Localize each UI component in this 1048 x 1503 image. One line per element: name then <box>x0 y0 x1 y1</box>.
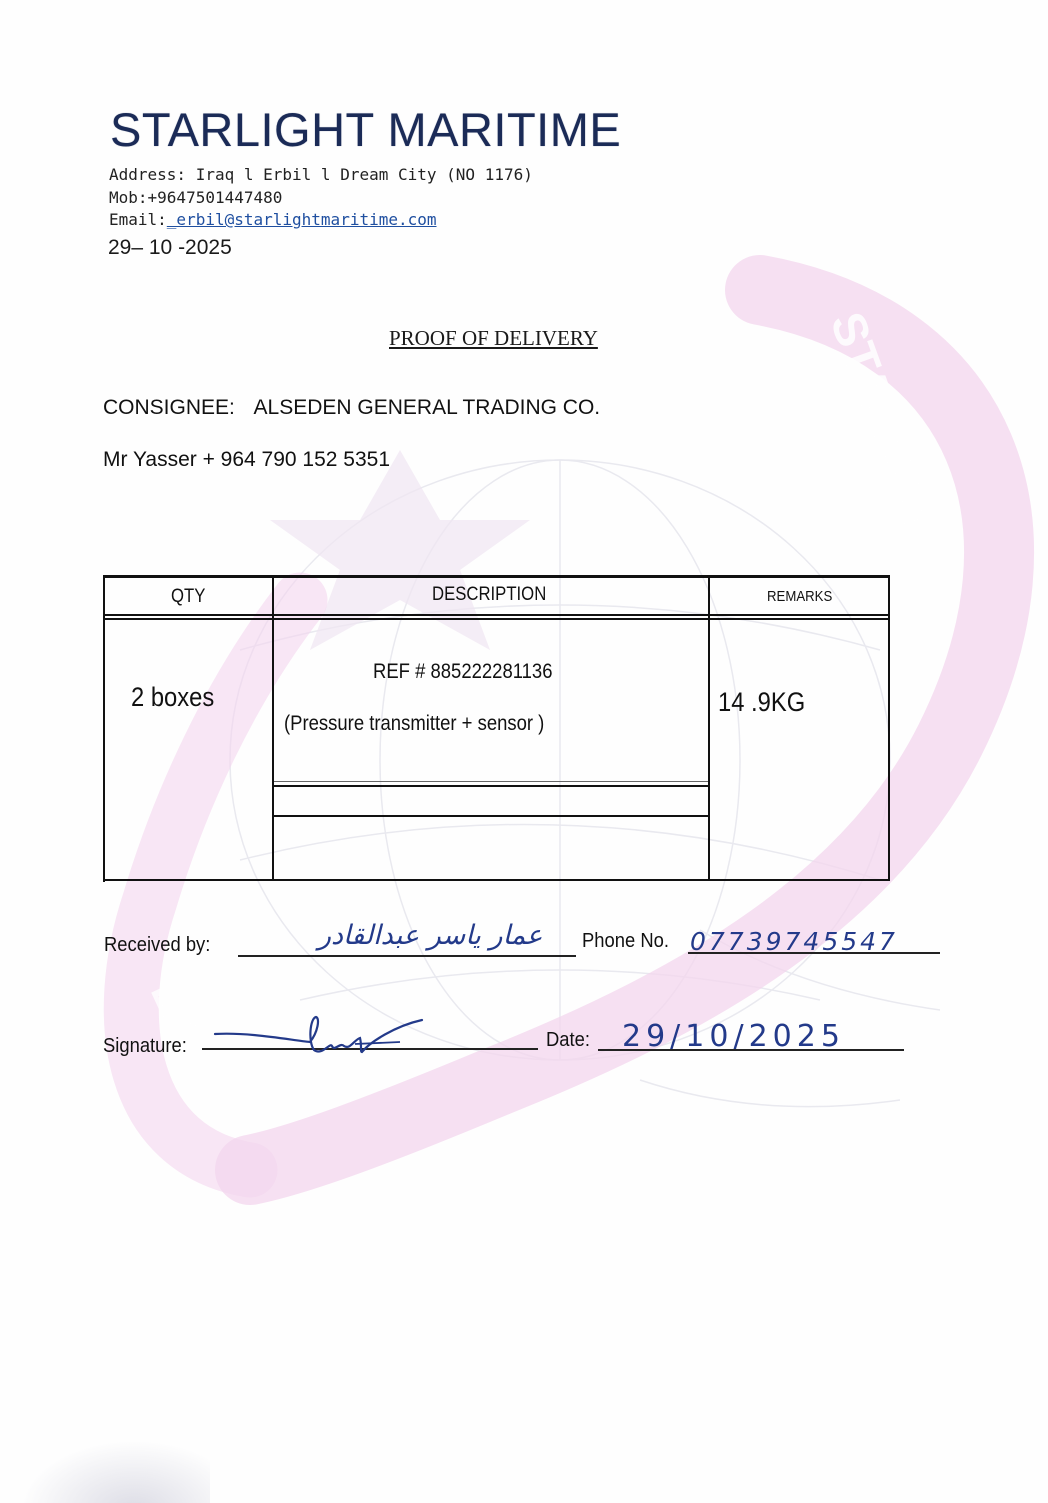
company-name: STARLIGHT MARITIME <box>110 102 621 157</box>
document-date: 29– 10 -2025 <box>108 236 232 260</box>
received-by-field[interactable] <box>238 955 576 957</box>
date-label: Date: <box>546 1029 590 1052</box>
consignee-contact: Mr Yasser + 964 790 152 5351 <box>103 448 390 472</box>
received-by-value: عمار ياسر عبدالقادر <box>318 920 543 951</box>
column-divider-2 <box>708 575 710 879</box>
email-link[interactable]: _erbil@starlightmaritime.com <box>167 210 437 229</box>
table-border-top <box>103 575 890 578</box>
header-remarks: REMARKS <box>767 588 832 605</box>
column-divider-1 <box>272 575 274 881</box>
signature-label: Signature: <box>103 1035 187 1058</box>
cell-ref: REF # 885222281136 <box>373 660 552 684</box>
consignee-label: CONSIGNEE: <box>103 396 235 419</box>
cell-remarks: 14 .9KG <box>718 687 805 718</box>
delivery-table: QTY DESCRIPTION REMARKS 2 boxes REF # 88… <box>103 575 890 882</box>
company-mobile: Mob:+9647501447480 <box>109 188 282 207</box>
desc-subrow-line-1 <box>274 781 708 782</box>
cell-description: (Pressure transmitter + sensor ) <box>284 712 544 736</box>
header-divider <box>103 614 890 616</box>
mobile-value: +9647501447480 <box>148 188 283 207</box>
company-email: Email:_erbil@starlightmaritime.com <box>109 210 437 229</box>
header-description: DESCRIPTION <box>432 584 546 606</box>
mobile-label: Mob: <box>109 188 148 207</box>
phone-value: 07739745547 <box>690 927 898 956</box>
cell-qty: 2 boxes <box>131 682 214 713</box>
address-label: Address: <box>109 165 186 184</box>
address-value: Iraq l Erbil l Dream City (NO 1176) <box>196 165 533 184</box>
phone-label: Phone No. <box>582 930 669 953</box>
consignee-line: CONSIGNEE: ALSEDEN GENERAL TRADING CO. <box>103 396 600 420</box>
date-value: 29/10/2025 <box>622 1019 845 1054</box>
page-corner-shadow <box>20 1440 210 1503</box>
signature-scribble <box>210 1012 430 1062</box>
svg-text:STARLIGHT: STARLIGHT <box>820 306 963 579</box>
email-label: Email: <box>109 210 167 229</box>
table-border-left <box>103 575 105 882</box>
company-address: Address: Iraq l Erbil l Dream City (NO 1… <box>109 165 533 184</box>
document-page: STARLIGHT LINES STARLIGHT MARITIME Addre… <box>0 0 1048 1503</box>
received-by-label: Received by: <box>104 934 210 957</box>
desc-subrow-line-3 <box>274 815 708 817</box>
document-title: PROOF OF DELIVERY <box>389 326 598 351</box>
desc-subrow-line-2 <box>274 785 708 787</box>
table-border-bottom <box>103 879 890 881</box>
table-border-right <box>888 575 890 879</box>
header-qty: QTY <box>171 586 205 608</box>
header-divider-2 <box>103 618 890 620</box>
consignee-name: ALSEDEN GENERAL TRADING CO. <box>254 396 601 419</box>
